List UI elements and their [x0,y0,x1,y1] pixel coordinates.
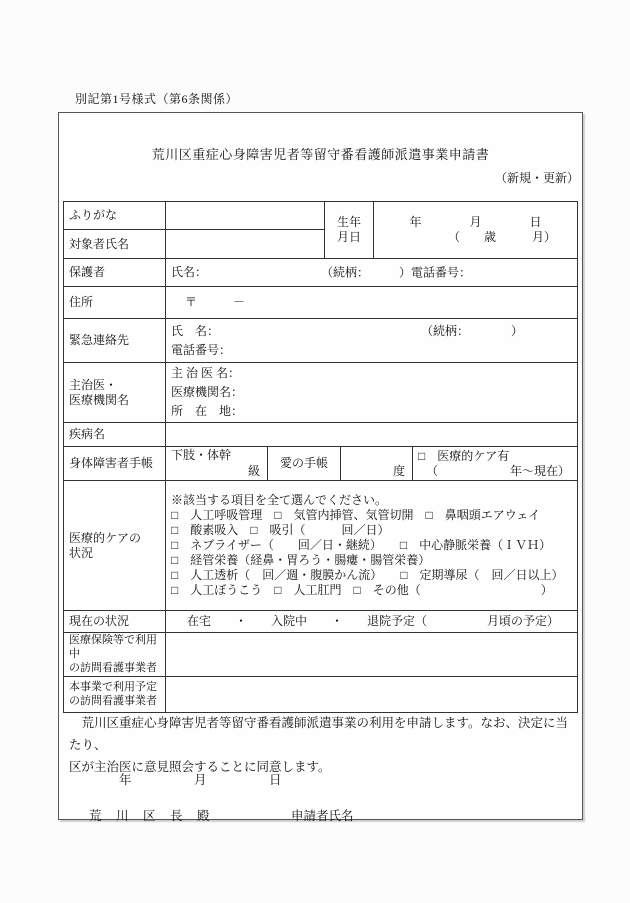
insurance-provider-value-cell [166,633,578,677]
name-input-cell [166,230,325,259]
guardian-label: 保護者 [64,259,166,287]
doctor-label-line2: 医療機関名 [69,393,160,408]
techo-label: 身体障害者手帳 [64,447,166,481]
disease-value-cell [166,423,578,447]
applicant-name-label: 申請者氏名 [291,806,354,824]
planned-provider-label-line1: 本事業で利用予定 [69,681,160,695]
row-techo: 身体障害者手帳 下肢・体幹 級 愛の手帳 度 □ 医療的ケア有 （ 年～現在） [64,447,578,481]
medical-care-checkbox-line: □ 医療的ケア有 [418,449,572,464]
emergency-name-line: 氏 名： （続柄： ） [171,322,572,341]
care-option-line: □ 酸素吸入 □ 吸引（ 回／日） [171,523,572,538]
current-status-value-cell: 在宅 ・ 入院中 ・ 退院予定（ 月頃の予定） [166,611,578,633]
application-table: ふりがな 生年 月日 年 月 日 （ 歳 月） 対象者氏名 保護者 [63,201,578,713]
form-code: 別記第1号様式（第6条関係） [75,90,238,107]
emergency-phone-line: 電話番号： [171,341,572,360]
planned-provider-value-cell [166,677,578,713]
insurance-provider-label-line1: 医療保険等で利用中 [69,634,160,662]
application-form-sheet: 荒川区重症心身障害児者等留守番看護師派遣事業申請書 （新規・更新） ふりがな 生… [58,112,583,820]
institution-name-line: 医療機関名： [171,383,572,402]
ai-techo-degree-cell: 度 [341,447,413,481]
doctor-name-line: 主 治 医 名： [171,364,572,383]
guardian-relation-phone-field: （続柄： ）電話番号： [321,265,471,280]
planned-provider-label: 本事業で利用予定 の訪問看護事業者 [64,677,166,713]
row-guardian: 保護者 氏名： （続柄： ）電話番号： [64,259,578,287]
birthdate-label: 生年 月日 [325,202,374,259]
physical-grade-unit: 級 [171,464,262,479]
mode-note: （新規・更新） [495,169,579,186]
furigana-label: ふりがな [64,202,166,230]
row-furigana: ふりがな 生年 月日 年 月 日 （ 歳 月） [64,202,578,230]
name-label: 対象者氏名 [64,230,166,259]
row-insurance-provider: 医療保険等で利用中 の訪問看護事業者 [64,633,578,677]
insurance-provider-label: 医療保険等で利用中 の訪問看護事業者 [64,633,166,677]
addressee-line: 荒 川 区 長 殿 [89,806,211,824]
insurance-provider-label-line2: の訪問看護事業者 [69,662,160,676]
physical-grade-cell: 下肢・体幹 級 [166,447,268,481]
care-option-line: □ ネブライザー（ 回／日・継続） □ 中心静脈栄養（ＩＶＨ） [171,538,572,553]
application-date-line: 年 月 日 [119,770,282,788]
birthdate-label-line2: 月日 [330,230,368,245]
row-address: 住所 〒 － [64,287,578,319]
current-status-label: 現在の状況 [64,611,166,633]
address-value-cell: 〒 － [166,287,578,319]
guardian-value-cell: 氏名： （続柄： ）電話番号： [166,259,578,287]
current-status-options: 在宅 ・ 入院中 ・ 退院予定（ 月頃の予定） [171,614,559,628]
doctor-label: 主治医・ 医療機関名 [64,363,166,423]
ai-techo-degree-unit: 度 [346,464,407,479]
form-title: 荒川区重症心身障害児者等留守番看護師派遣事業申請書 [59,144,582,163]
doctor-label-line1: 主治医・ [69,378,160,393]
care-option-line: □ 経管栄養（経鼻・胃ろう・腸瘻・腸管栄養） [171,553,572,568]
ai-techo-label: 愛の手帳 [268,447,341,481]
birthdate-value-line2: （ 歳 月） [379,230,572,245]
document-page: 別記第1号様式（第6条関係） 荒川区重症心身障害児者等留守番看護師派遣事業申請書… [0,0,630,903]
consent-line1: 荒川区重症心身障害児者等留守番看護師派遣事業の利用を申請します。なお、決定に当た… [69,712,577,756]
emergency-relation-field: （続柄： ） [421,322,523,341]
care-option-line: □ 人工ぼうこう □ 人工肛門 □ その他（ ） [171,583,572,598]
care-label-line1: 医療的ケアの [69,531,160,546]
row-planned-provider: 本事業で利用予定 の訪問看護事業者 [64,677,578,713]
birthdate-value-cell: 年 月 日 （ 歳 月） [374,202,578,259]
planned-provider-label-line2: の訪問看護事業者 [69,695,160,709]
guardian-name-field: 氏名： [171,265,207,279]
disease-label: 疾病名 [64,423,166,447]
care-option-line: □ 人工透析（ 回／週・腹膜かん流） □ 定期導尿（ 回／日以上） [171,568,572,583]
medical-care-flag-cell: □ 医療的ケア有 （ 年～現在） [413,447,578,481]
institution-address-line: 所 在 地： [171,402,572,421]
row-disease: 疾病名 [64,423,578,447]
care-label-line2: 状況 [69,546,160,561]
care-options-cell: ※該当する項目を全て選んでください。 □ 人工呼吸管理 □ 気管内挿管、気管切開… [166,481,578,611]
care-option-line: □ 人工呼吸管理 □ 気管内挿管、気管切開 □ 鼻咽頭エアウェイ [171,508,572,523]
doctor-value-cell: 主 治 医 名： 医療機関名： 所 在 地： [166,363,578,423]
row-doctor: 主治医・ 医療機関名 主 治 医 名： 医療機関名： 所 在 地： [64,363,578,423]
birthdate-label-line1: 生年 [330,215,368,230]
postal-code-field: 〒 － [171,295,245,309]
row-emergency: 緊急連絡先 氏 名： （続柄： ） 電話番号： [64,319,578,363]
row-care: 医療的ケアの 状況 ※該当する項目を全て選んでください。 □ 人工呼吸管理 □ … [64,481,578,611]
care-label: 医療的ケアの 状況 [64,481,166,611]
medical-care-period-line: （ 年～現在） [418,464,572,479]
consent-paragraph: 荒川区重症心身障害児者等留守番看護師派遣事業の利用を申請します。なお、決定に当た… [69,712,577,778]
row-current-status: 現在の状況 在宅 ・ 入院中 ・ 退院予定（ 月頃の予定） [64,611,578,633]
care-note: ※該当する項目を全て選んでください。 [171,493,572,508]
emergency-value-cell: 氏 名： （続柄： ） 電話番号： [166,319,578,363]
furigana-input-cell [166,202,325,230]
physical-grade-type: 下肢・体幹 [171,448,262,463]
address-label: 住所 [64,287,166,319]
emergency-label: 緊急連絡先 [64,319,166,363]
birthdate-value-line1: 年 月 日 [379,215,572,230]
